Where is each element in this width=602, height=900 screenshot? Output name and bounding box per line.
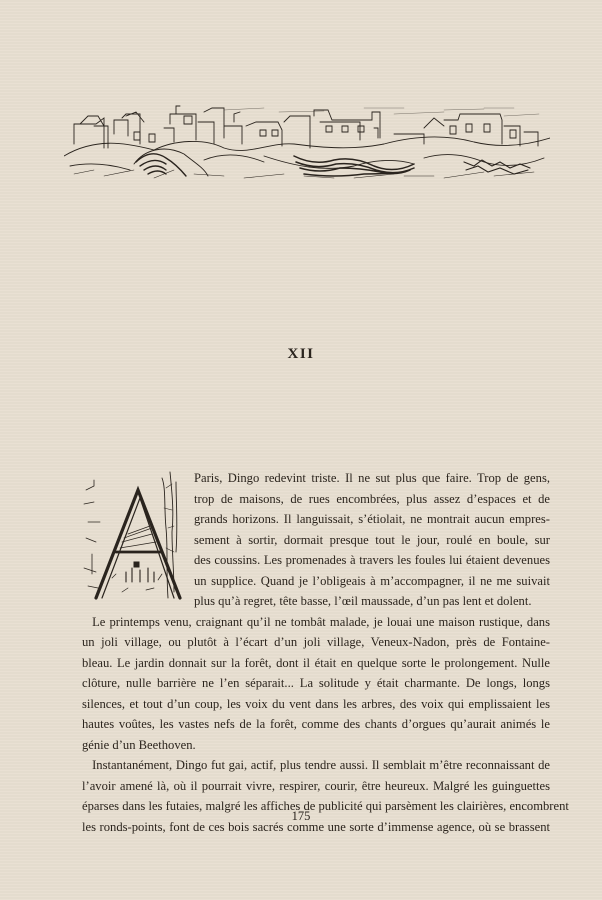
- text-line: bleau. Le jardin donnait sur la forêt, d…: [82, 653, 550, 674]
- chapter-number: XII: [0, 346, 602, 363]
- paragraph-2: Le printemps venu, craignant qu’il ne to…: [82, 612, 550, 756]
- town-skyline-sketch-icon: [64, 104, 550, 184]
- dropcap-letter-a-icon: [82, 468, 186, 604]
- header-illustration: [64, 104, 550, 184]
- text-line: l’avoir amené là, où il pourrait vivre, …: [82, 776, 550, 797]
- page-number: 175: [0, 809, 602, 824]
- paragraph-3: Instantanément, Dingo fut gai, actif, pl…: [82, 755, 550, 837]
- text-line: Le printemps venu, craignant qu’il ne to…: [82, 612, 550, 633]
- book-page: XII: [0, 0, 602, 900]
- text-line: hautes voûtes, les vastes nefs de la for…: [82, 714, 550, 735]
- illustrated-dropcap: [82, 468, 186, 604]
- text-line: Instantanément, Dingo fut gai, actif, pl…: [82, 755, 550, 776]
- text-line: silences, et tout d’un coup, les voix du…: [82, 694, 550, 715]
- text-line: génie d’un Beethoven.: [82, 735, 550, 756]
- text-line: un joli village, ou plutôt à l’écart d’u…: [82, 632, 550, 653]
- chapter-body: Paris, Dingo redevint triste. Il ne sut …: [82, 468, 550, 837]
- text-line: clôture, nulle barrière ne l’en séparait…: [82, 673, 550, 694]
